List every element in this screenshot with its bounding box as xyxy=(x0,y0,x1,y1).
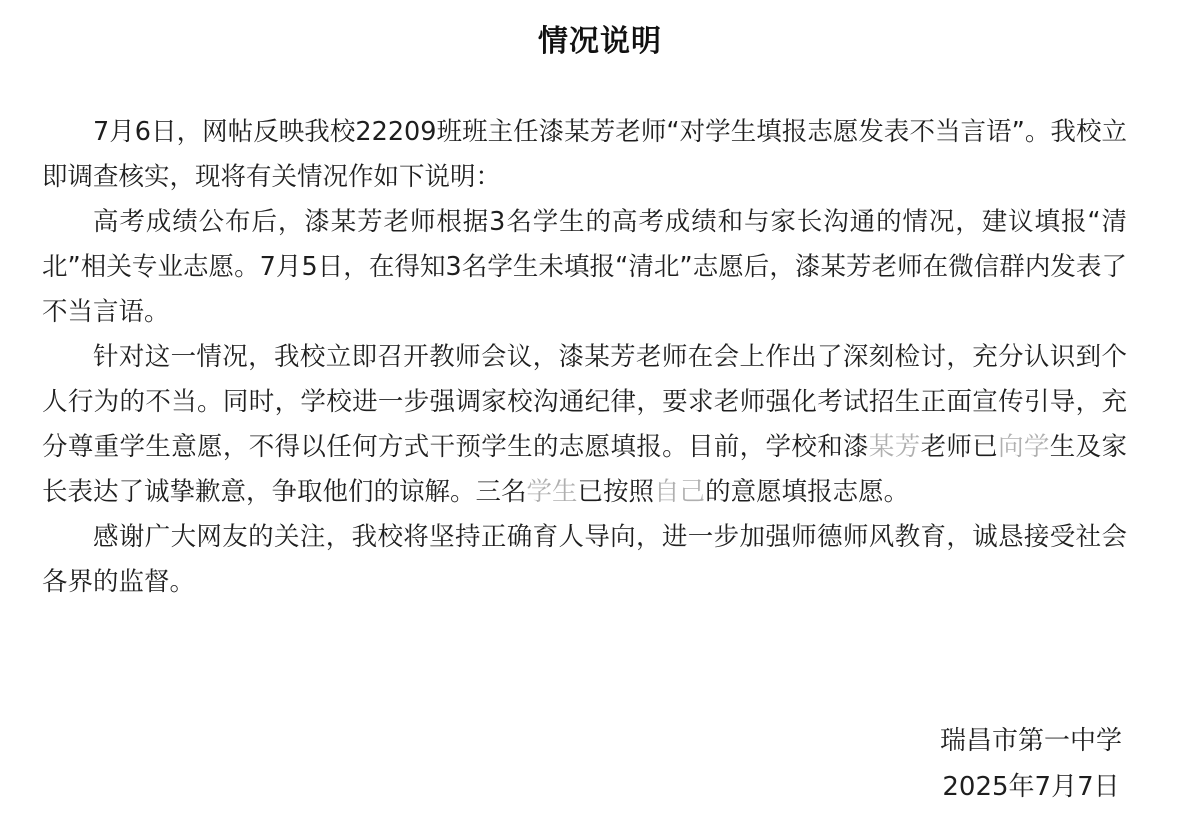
document-title: 情况说明 xyxy=(0,16,1200,60)
obscured-text: 某芳 xyxy=(869,432,921,462)
paragraph-intro: 7月6日，网帖反映我校22209班班主任漆某芳老师“对学生填报志愿发表不当言语”… xyxy=(42,110,1127,200)
paragraph-background: 高考成绩公布后，漆某芳老师根据3名学生的高考成绩和与家长沟通的情况，建议填报“清… xyxy=(42,200,1127,335)
paragraph-actions-text: 的意愿填报志愿。 xyxy=(705,477,909,507)
paragraph-actions-text: 已按照 xyxy=(578,477,655,507)
obscured-text: 自己 xyxy=(654,477,705,507)
paragraph-actions-text: 老师已 xyxy=(921,432,999,462)
document-body: 7月6日，网帖反映我校22209班班主任漆某芳老师“对学生填报志愿发表不当言语”… xyxy=(42,110,1127,605)
signature-date: 2025年7月7日 xyxy=(940,764,1122,810)
obscured-text: 向学 xyxy=(998,432,1050,462)
signature-organization: 瑞昌市第一中学 xyxy=(940,718,1122,764)
paragraph-actions: 针对这一情况，我校立即召开教师会议，漆某芳老师在会上作出了深刻检讨，充分认识到个… xyxy=(42,335,1127,515)
signature-block: 瑞昌市第一中学 2025年7月7日 xyxy=(940,718,1122,810)
paragraph-closing: 感谢广大网友的关注，我校将坚持正确育人导向，进一步加强师德师风教育，诚恳接受社会… xyxy=(42,515,1127,605)
obscured-text: 学生 xyxy=(527,477,578,507)
